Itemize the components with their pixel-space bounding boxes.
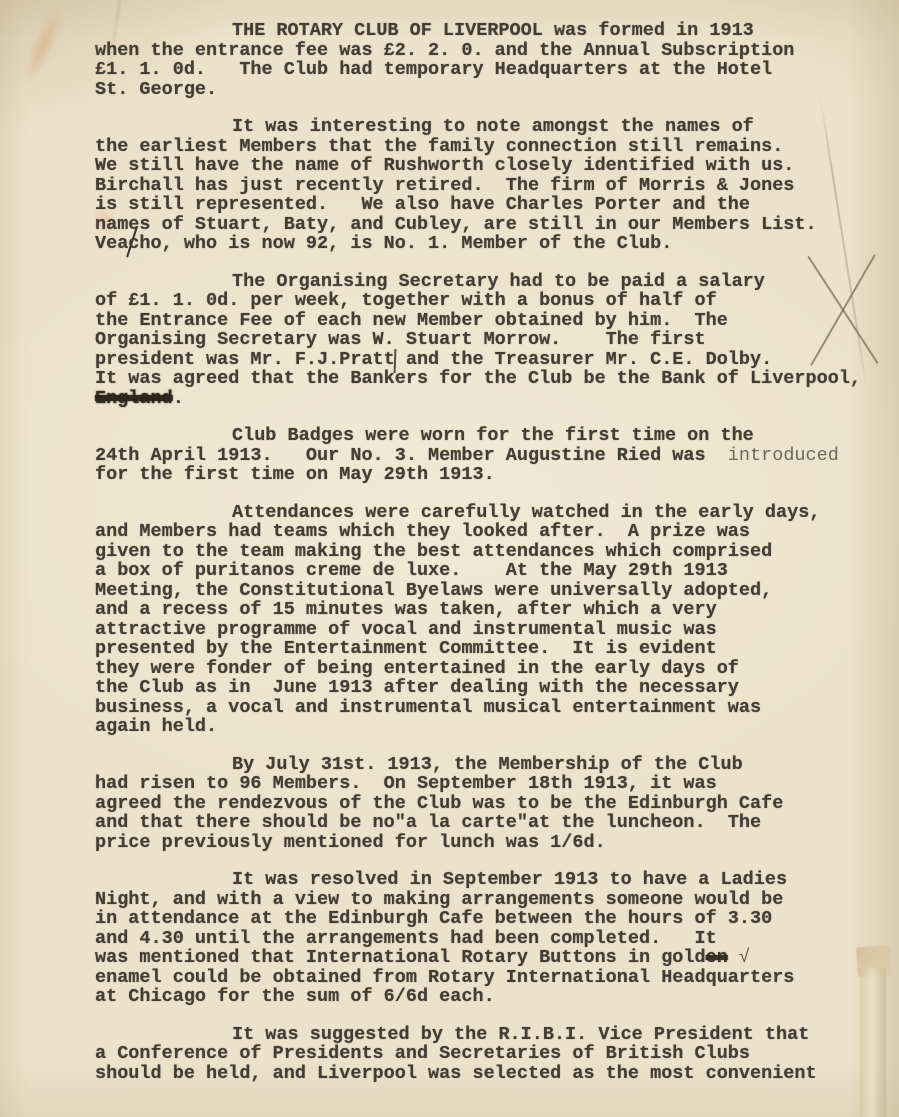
text-line: again held.: [95, 717, 895, 737]
typed-text: and 4.30 until the arrangements had been…: [95, 928, 717, 949]
text-line: for the first time on May 29th 1913.: [95, 465, 895, 485]
typewritten-page: THE ROTARY CLUB OF LIVERPOOL was formed …: [0, 0, 899, 1117]
typed-text: It was suggested by the R.I.B.I. Vice Pr…: [232, 1024, 809, 1045]
text-line: It was resolved in September 1913 to hav…: [95, 870, 895, 890]
text-line: Night, and with a view to making arrange…: [95, 890, 895, 910]
text-line: should be held, and Liverpool was select…: [95, 1064, 895, 1084]
typed-text: again held.: [95, 716, 217, 737]
text-line: The Organising Secretary had to be paid …: [95, 272, 895, 292]
typed-text: at Chicago for the sum of 6/6d each.: [95, 986, 495, 1007]
typed-text: a box of puritanos creme de luxe. At the…: [95, 560, 728, 581]
typed-text: By July 31st. 1913, the Membership of th…: [232, 754, 743, 775]
text-line: agreed the rendezvous of the Club was to…: [95, 794, 895, 814]
typed-text: Meeting, the Constitutional Byelaws were…: [95, 580, 772, 601]
typed-text: agreed the rendezvous of the Club was to…: [95, 793, 783, 814]
text-line: in attendance at the Edinburgh Cafe betw…: [95, 909, 895, 929]
text-line: attractive programme of vocal and instru…: [95, 620, 895, 640]
text-line: It was agreed that the Bankers for the C…: [95, 369, 895, 389]
text-line: We still have the name of Rushworth clos…: [95, 156, 895, 176]
typed-text: .: [173, 388, 184, 409]
text-line: had risen to 96 Members. On September 18…: [95, 774, 895, 794]
typed-text: the Club as in June 1913 after dealing w…: [95, 677, 739, 698]
typed-text: It was interesting to note amongst the n…: [232, 116, 754, 137]
text-line: was mentioned that International Rotary …: [95, 948, 895, 968]
paragraph: It was resolved in September 1913 to hav…: [95, 870, 895, 1007]
typed-text: given to the team making the best attend…: [95, 541, 772, 562]
document-body: THE ROTARY CLUB OF LIVERPOOL was formed …: [95, 21, 895, 1101]
typed-text: Attendances were carefully watched in th…: [232, 502, 820, 523]
typed-text: Veacho, who is now 92, is No. 1. Member …: [95, 233, 672, 254]
text-line: given to the team making the best attend…: [95, 542, 895, 562]
text-line: is still represented. We also have Charl…: [95, 195, 895, 215]
paragraph: It was suggested by the R.I.B.I. Vice Pr…: [95, 1025, 895, 1084]
text-line: By July 31st. 1913, the Membership of th…: [95, 755, 895, 775]
typed-text: names of Stuart, Baty, and Cubley, are s…: [95, 214, 817, 235]
text-line: 24th April 1913. Our No. 3. Member Augus…: [95, 446, 895, 466]
paragraph: THE ROTARY CLUB OF LIVERPOOL was formed …: [95, 21, 895, 99]
text-line: when the entrance fee was £2. 2. 0. and …: [95, 41, 895, 61]
text-line: price previously mentioned for lunch was…: [95, 833, 895, 853]
text-line: presented by the Entertainment Committee…: [95, 639, 895, 659]
typed-text-strike-heavy: England: [95, 388, 173, 409]
typed-text: president was Mr. F.J.Pratt and the Trea…: [95, 349, 772, 370]
text-line: president was Mr. F.J.Pratt and the Trea…: [95, 350, 895, 370]
text-line: St. George.: [95, 80, 895, 100]
typed-text: We still have the name of Rushworth clos…: [95, 155, 794, 176]
typed-text: presented by the Entertainment Committee…: [95, 638, 717, 659]
text-line: names of Stuart, Baty, and Cubley, are s…: [95, 215, 895, 235]
typed-text: of £1. 1. 0d. per week, together with a …: [95, 290, 717, 311]
typed-text: business, a vocal and instrumental music…: [95, 697, 761, 718]
typed-text: when the entrance fee was £2. 2. 0. and …: [95, 40, 794, 61]
typed-text: price previously mentioned for lunch was…: [95, 832, 606, 853]
text-line: Organising Secretary was W. Stuart Morro…: [95, 330, 895, 350]
typed-text: THE ROTARY CLUB OF LIVERPOOL was formed …: [232, 20, 754, 41]
text-line: a Conference of Presidents and Secretari…: [95, 1044, 895, 1064]
typed-text: Birchall has just recently retired. The …: [95, 175, 794, 196]
text-line: and a recess of 15 minutes was taken, af…: [95, 600, 895, 620]
typed-text: a Conference of Presidents and Secretari…: [95, 1043, 750, 1064]
typed-text: should be held, and Liverpool was select…: [95, 1063, 817, 1084]
typed-text-check: √: [728, 947, 750, 968]
text-line: the Club as in June 1913 after dealing w…: [95, 678, 895, 698]
text-line: Attendances were carefully watched in th…: [95, 503, 895, 523]
text-line: It was interesting to note amongst the n…: [95, 117, 895, 137]
text-line: they were fonder of being entertained in…: [95, 659, 895, 679]
typed-text: the Entrance Fee of each new Member obta…: [95, 310, 728, 331]
typed-text: Club Badges were worn for the first time…: [232, 425, 754, 446]
typed-text-strike: en: [706, 947, 728, 968]
paragraph: Club Badges were worn for the first time…: [95, 426, 895, 485]
typed-text: had risen to 96 Members. On September 18…: [95, 773, 717, 794]
text-line: of £1. 1. 0d. per week, together with a …: [95, 291, 895, 311]
typed-text: St. George.: [95, 79, 217, 100]
text-line: business, a vocal and instrumental music…: [95, 698, 895, 718]
text-line: Meeting, the Constitutional Byelaws were…: [95, 581, 895, 601]
rust-stain: [9, 0, 77, 101]
typed-text: for the first time on May 29th 1913.: [95, 464, 495, 485]
typed-text: Night, and with a view to making arrange…: [95, 889, 783, 910]
paragraph: It was interesting to note amongst the n…: [95, 117, 895, 254]
typed-text: It was resolved in September 1913 to hav…: [232, 869, 787, 890]
text-line: England.: [95, 389, 895, 409]
typed-text: attractive programme of vocal and instru…: [95, 619, 717, 640]
typed-text: and a recess of 15 minutes was taken, af…: [95, 599, 717, 620]
text-line: enamel could be obtained from Rotary Int…: [95, 968, 895, 988]
typed-text-insert: introduced: [717, 445, 839, 466]
typed-text: £1. 1. 0d. The Club had temporary Headqu…: [95, 59, 772, 80]
text-line: a box of puritanos creme de luxe. At the…: [95, 561, 895, 581]
text-line: and that there should be no"a la carte"a…: [95, 813, 895, 833]
text-line: Club Badges were worn for the first time…: [95, 426, 895, 446]
text-line: and 4.30 until the arrangements had been…: [95, 929, 895, 949]
typed-text: they were fonder of being entertained in…: [95, 658, 739, 679]
paragraph: Attendances were carefully watched in th…: [95, 503, 895, 737]
text-line: and Members had teams which they looked …: [95, 522, 895, 542]
text-line: Veacho, who is now 92, is No. 1. Member …: [95, 234, 895, 254]
typed-text: was mentioned that International Rotary …: [95, 947, 706, 968]
text-line: THE ROTARY CLUB OF LIVERPOOL was formed …: [95, 21, 895, 41]
typed-text: the earliest Members that the family con…: [95, 136, 783, 157]
text-line: It was suggested by the R.I.B.I. Vice Pr…: [95, 1025, 895, 1045]
text-line: at Chicago for the sum of 6/6d each.: [95, 987, 895, 1007]
typed-text: Organising Secretary was W. Stuart Morro…: [95, 329, 706, 350]
typed-text: in attendance at the Edinburgh Cafe betw…: [95, 908, 772, 929]
text-line: the Entrance Fee of each new Member obta…: [95, 311, 895, 331]
text-line: the earliest Members that the family con…: [95, 137, 895, 157]
text-line: £1. 1. 0d. The Club had temporary Headqu…: [95, 60, 895, 80]
typed-text: 24th April 1913. Our No. 3. Member Augus…: [95, 445, 717, 466]
typed-text: and Members had teams which they looked …: [95, 521, 750, 542]
typed-text: enamel could be obtained from Rotary Int…: [95, 967, 794, 988]
typed-text: The Organising Secretary had to be paid …: [232, 271, 765, 292]
paragraph: By July 31st. 1913, the Membership of th…: [95, 755, 895, 853]
typed-text: It was agreed that the Bankers for the C…: [95, 368, 861, 389]
typed-text: is still represented. We also have Charl…: [95, 194, 750, 215]
text-line: Birchall has just recently retired. The …: [95, 176, 895, 196]
paragraph: The Organising Secretary had to be paid …: [95, 272, 895, 409]
typed-text: and that there should be no"a la carte"a…: [95, 812, 761, 833]
